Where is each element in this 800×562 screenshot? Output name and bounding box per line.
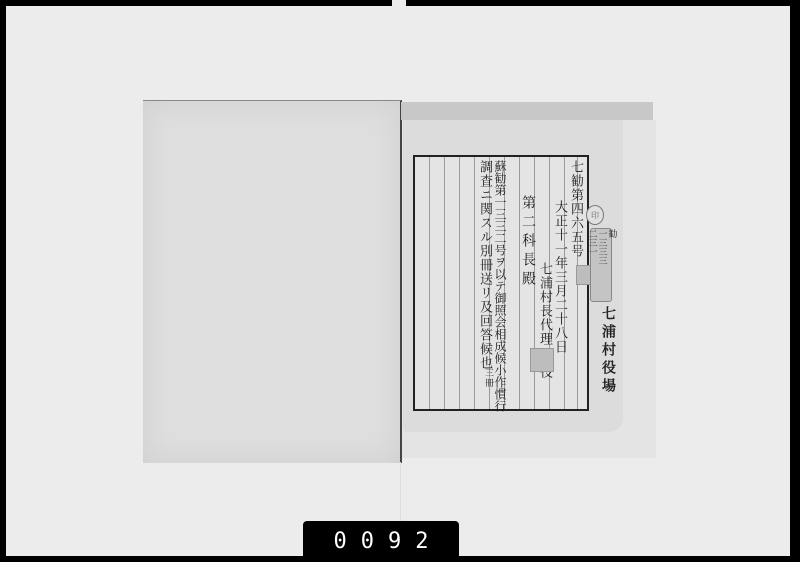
stamp-number-1: 一三三三: [597, 229, 606, 301]
page-gutter: [400, 462, 401, 522]
stamp-label: 勧: [607, 229, 616, 301]
round-stamp-text: 印: [591, 210, 599, 221]
official-seal: [530, 348, 554, 372]
document-date: 大正十一年三月二十八日: [552, 200, 566, 354]
film-edge: [790, 0, 800, 562]
left-blank-page: [143, 100, 402, 463]
film-notch: [392, 0, 406, 6]
frame-number: 0092: [320, 529, 443, 554]
receipt-stamp: 勧 一三三三 二三一: [590, 228, 612, 302]
recipient: 第二科長殿: [521, 195, 535, 290]
rule-line: [474, 157, 475, 409]
rule-line: [429, 157, 430, 409]
frame-counter: 0092: [303, 521, 459, 562]
stamp-number-0: 二三一: [587, 229, 596, 301]
right-page-top-strip: [401, 102, 653, 120]
rule-line: [444, 157, 445, 409]
village-office-name: 七浦村役場: [598, 306, 618, 396]
body-line-2: 調査ニ関スル別冊送リ及回答候也: [477, 160, 491, 370]
rule-line: [459, 157, 460, 409]
round-stamp-icon: 印: [586, 205, 604, 225]
document-number: 七勧第四六五号: [568, 160, 582, 258]
enclosure-count: 三冊: [481, 368, 495, 388]
